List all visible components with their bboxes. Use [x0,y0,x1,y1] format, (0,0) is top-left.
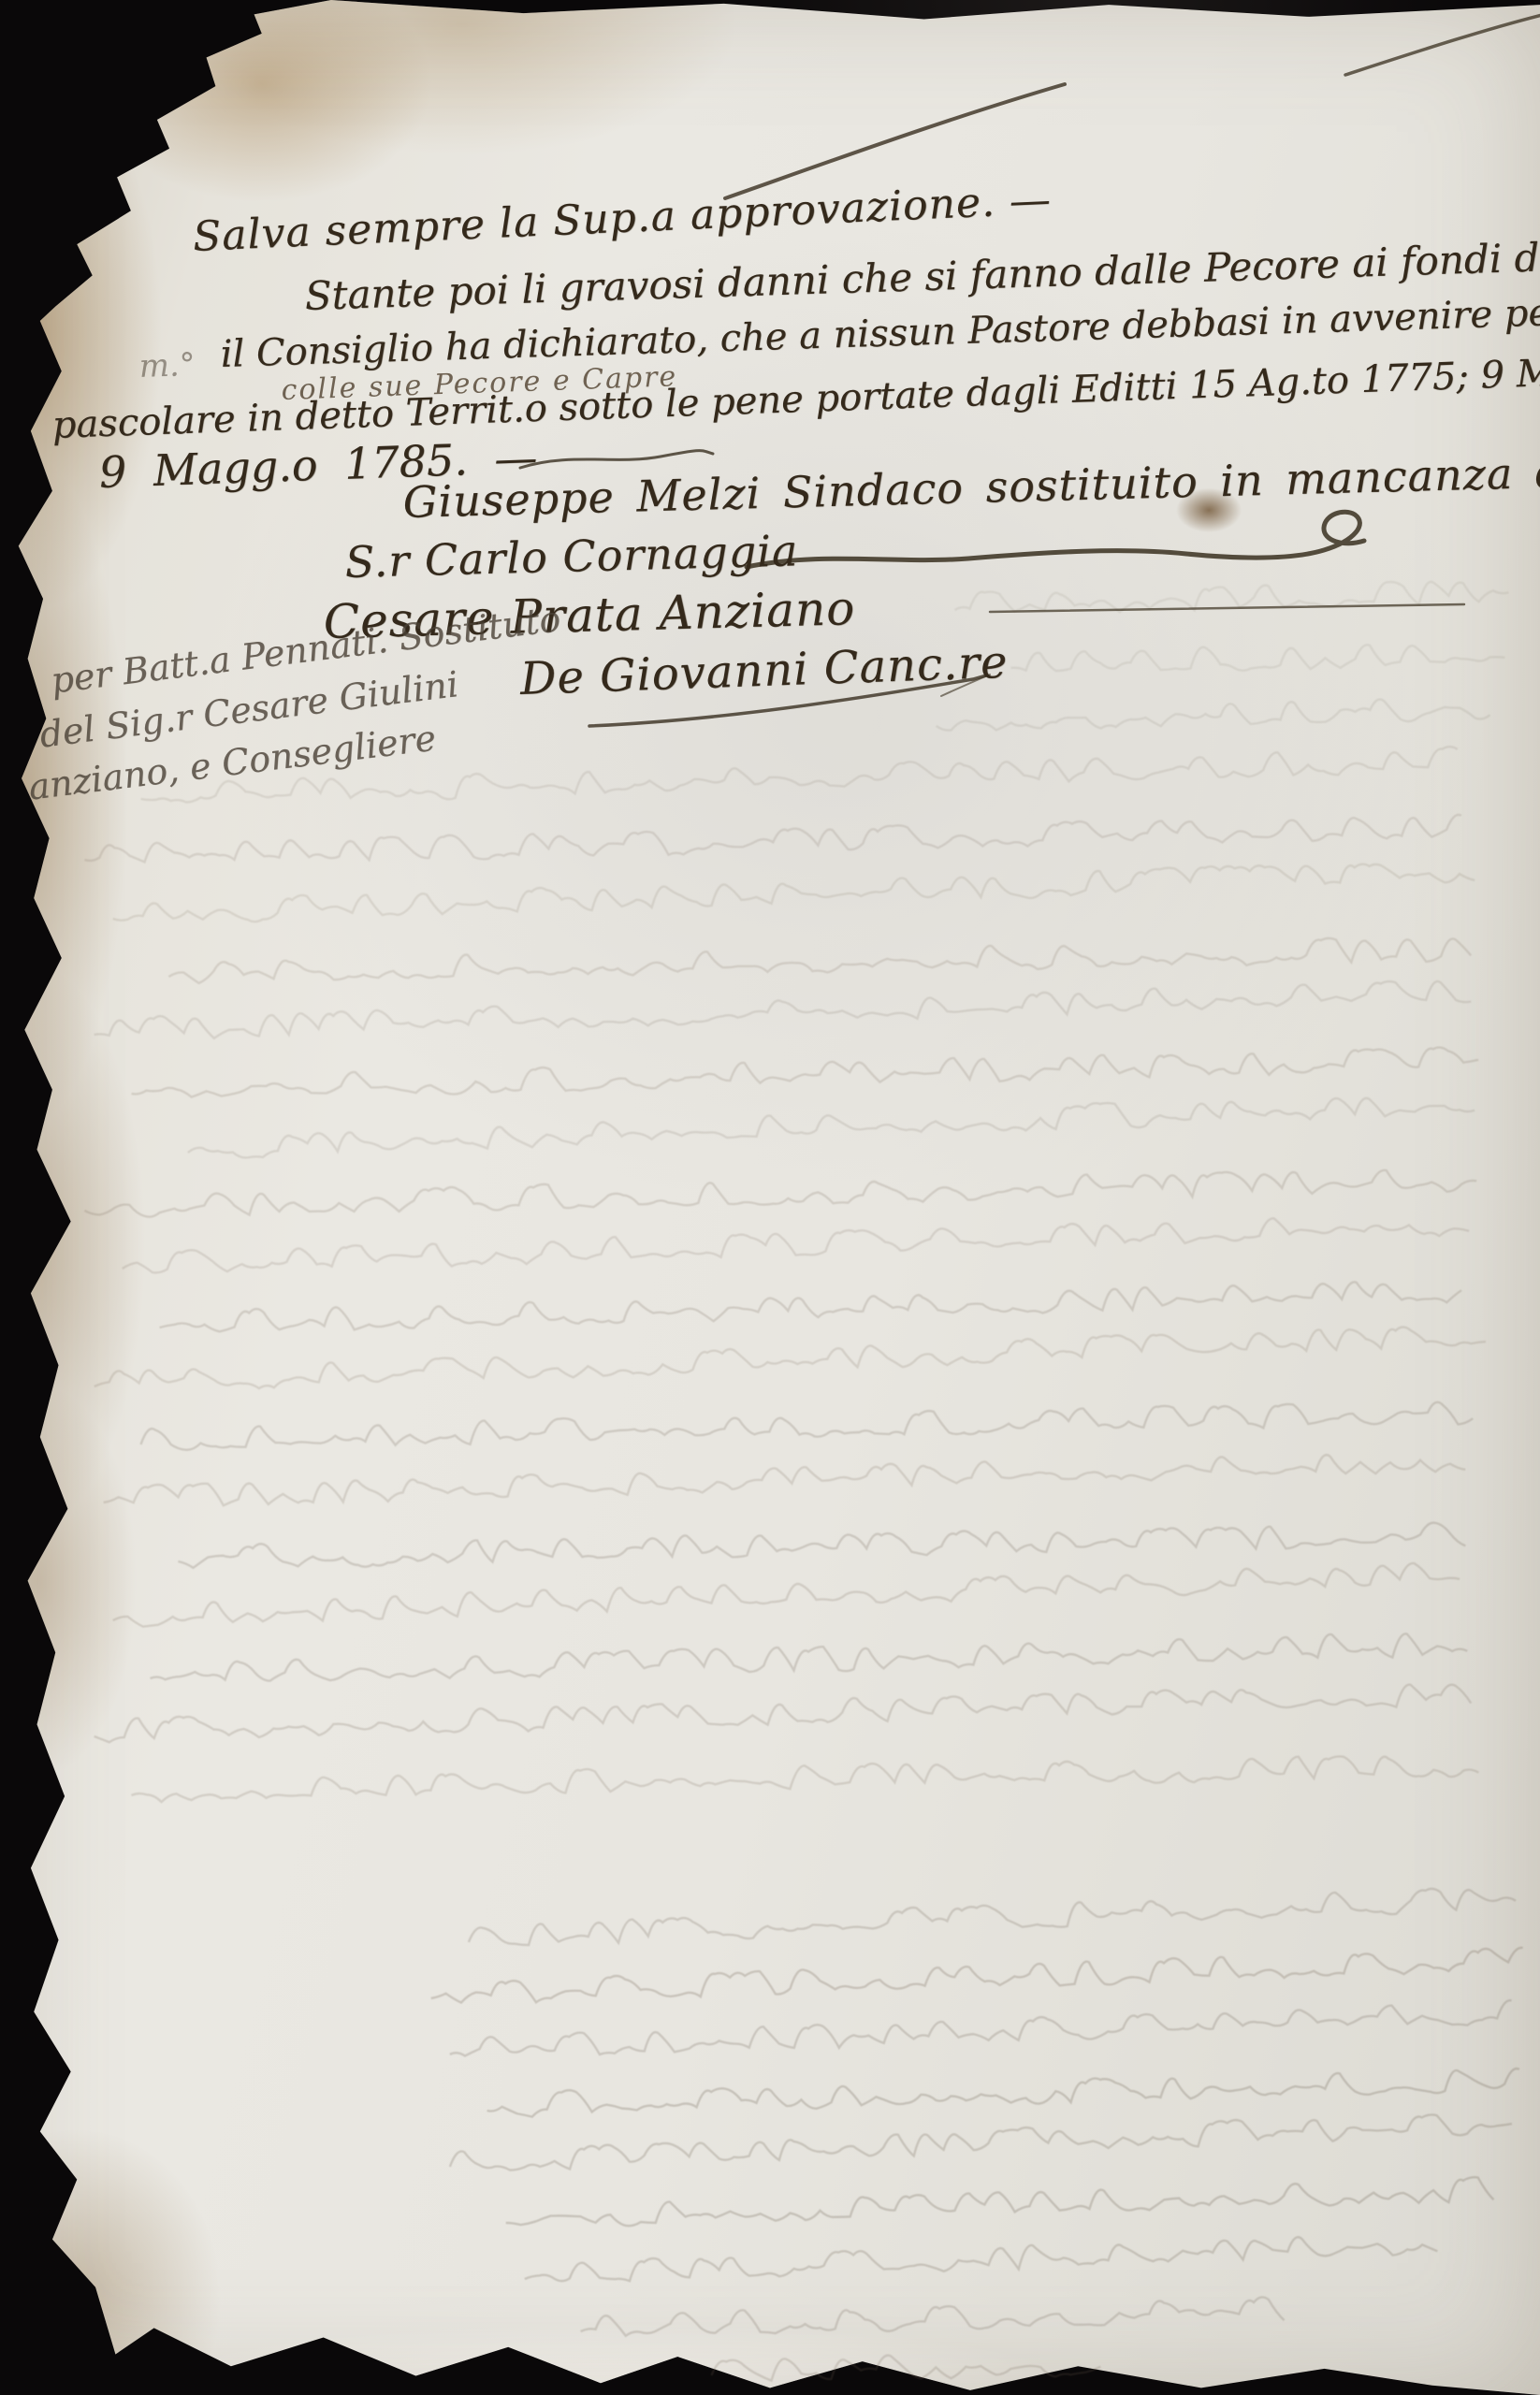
bleedthrough-line [936,688,1498,745]
photo-background: Salva sempre la Sup.a approvazione. — St… [0,0,1540,2395]
bleedthrough-line [954,573,1517,629]
faded-fragment: m.° [138,346,196,385]
bleedthrough-line [131,1747,1479,1814]
bleedthrough-line [711,2346,1105,2394]
bleedthrough-line [1010,635,1517,687]
bleedthrough-line [580,2290,1292,2350]
